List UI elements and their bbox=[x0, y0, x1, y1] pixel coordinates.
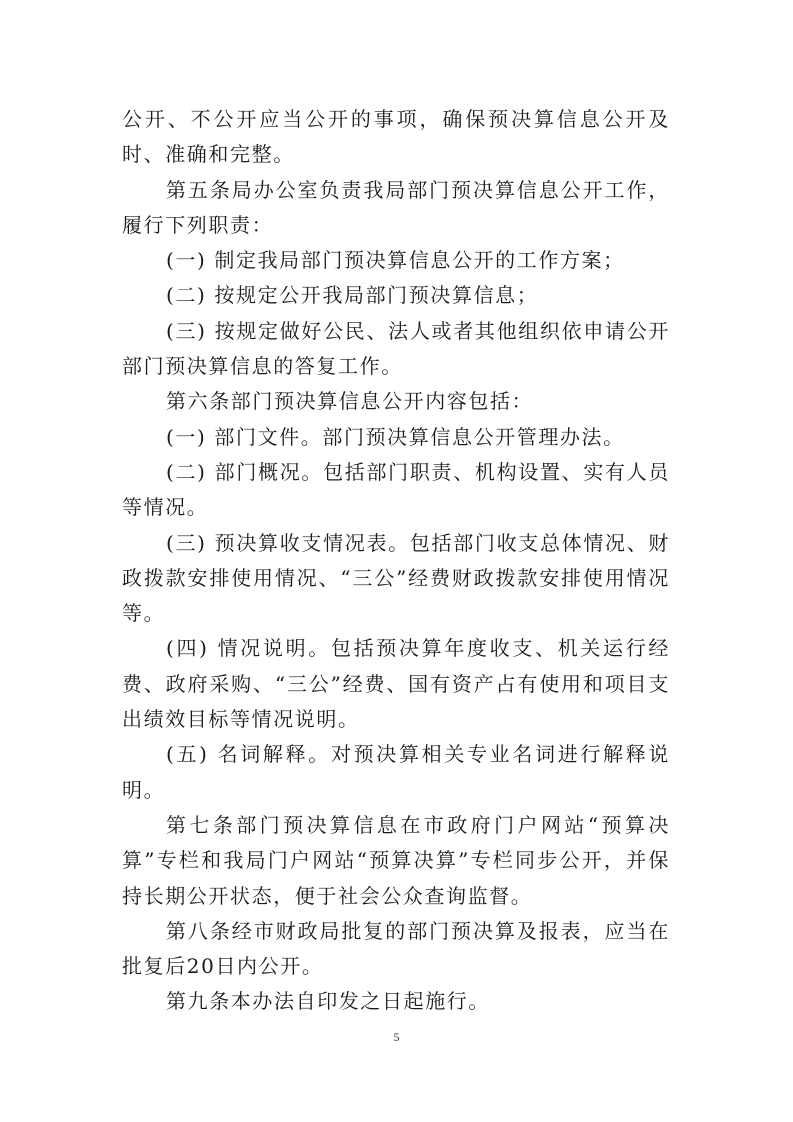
paragraph-article-6-item-1: (一) 部门文件。部门预决算信息公开管理办法。 bbox=[122, 420, 670, 455]
paragraph-article-7: 第七条部门预决算信息在市政府门户网站“预算决算”专栏和我局门户网站“预算决算”专… bbox=[122, 808, 670, 914]
paragraph-article-5-item-2: (二) 按规定公开我局部门预决算信息； bbox=[122, 278, 670, 313]
paragraph-article-8: 第八条经市财政局批复的部门预决算及报表，应当在批复后20日内公开。 bbox=[122, 914, 670, 985]
paragraph-continuation: 公开、不公开应当公开的事项，确保预决算信息公开及时、准确和完整。 bbox=[122, 102, 670, 173]
paragraph-article-5-item-1: (一) 制定我局部门预决算信息公开的工作方案； bbox=[122, 243, 670, 278]
paragraph-article-5: 第五条局办公室负责我局部门预决算信息公开工作，履行下列职责： bbox=[122, 173, 670, 244]
paragraph-article-6: 第六条部门预决算信息公开内容包括： bbox=[122, 384, 670, 419]
paragraph-article-6-item-3: (三) 预决算收支情况表。包括部门收支总体情况、财政拨款安排使用情况、“三公”经… bbox=[122, 526, 670, 632]
paragraph-article-6-item-2: (二) 部门概况。包括部门职责、机构设置、实有人员等情况。 bbox=[122, 455, 670, 526]
paragraph-article-9: 第九条本办法自印发之日起施行。 bbox=[122, 984, 670, 1019]
paragraph-article-5-item-3: (三) 按规定做好公民、法人或者其他组织依申请公开部门预决算信息的答复工作。 bbox=[122, 314, 670, 385]
paragraph-article-6-item-5: (五) 名词解释。对预决算相关专业名词进行解释说明。 bbox=[122, 737, 670, 808]
page-number: 5 bbox=[0, 1030, 793, 1045]
paragraph-article-6-item-4: (四) 情况说明。包括预决算年度收支、机关运行经费、政府采购、“三公”经费、国有… bbox=[122, 631, 670, 737]
document-page: 公开、不公开应当公开的事项，确保预决算信息公开及时、准确和完整。 第五条局办公室… bbox=[0, 0, 793, 1122]
document-body: 公开、不公开应当公开的事项，确保预决算信息公开及时、准确和完整。 第五条局办公室… bbox=[122, 102, 670, 1020]
